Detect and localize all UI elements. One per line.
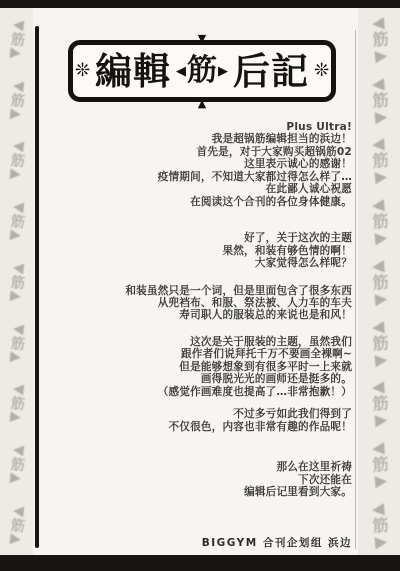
border-stamp-icon: ◀筋▶ <box>369 377 389 429</box>
logo-character: 筋 <box>187 56 217 86</box>
text-line: 好了，关于这次的主题 <box>50 232 352 244</box>
text-line: Plus Ultra! <box>50 121 352 133</box>
page-title-banner: ❊ 編輯 ◀ 筋 ▶ ▼ ▲ 后記 ❊ <box>68 40 336 102</box>
ornament-left-icon: ❊ <box>75 62 90 80</box>
text-line: 和装虽然只是一个词，但是里面包含了很多东西 <box>50 285 352 297</box>
text-line: （感觉作画难度也提高了…非常抱歉！） <box>50 386 352 398</box>
text-line: 那么在这里祈祷 <box>50 461 352 473</box>
title-word-right: 后記 <box>233 53 309 90</box>
arrow-right-icon: ▶ <box>218 65 228 78</box>
border-stamp-icon: ◀筋▶ <box>369 195 389 247</box>
top-black-bar <box>0 0 400 8</box>
border-stamp-icon: ◀筋▶ <box>7 77 25 121</box>
bottom-black-bar <box>0 555 400 571</box>
paragraph: 那么在这里祈祷下次还能在编辑后记里看到大家。 <box>50 461 352 498</box>
circle-logo: ◀ 筋 ▶ ▼ ▲ <box>176 56 228 86</box>
border-stamp-icon: ◀筋▶ <box>369 255 389 307</box>
border-stamp-icon: ◀筋▶ <box>369 134 389 186</box>
text-line: 编辑后记里看到大家。 <box>50 486 352 498</box>
border-stamp-icon: ◀筋▶ <box>7 138 25 182</box>
right-hairline-divider <box>355 30 356 549</box>
text-line: 画得脱光光的画师还是挺多的。 <box>50 373 352 385</box>
text-line: 这次是关于服装的主题，虽然我们 <box>50 336 352 348</box>
border-stamp-icon: ◀筋▶ <box>369 498 389 550</box>
text-line: 在此鄙人诚心祝愿 <box>50 183 352 195</box>
afterword-page: ◀筋▶◀筋▶◀筋▶◀筋▶◀筋▶◀筋▶◀筋▶◀筋▶◀筋▶ ◀筋▶◀筋▶◀筋▶◀筋▶… <box>0 0 400 571</box>
border-stamp-icon: ◀筋▶ <box>369 316 389 368</box>
text-line: 疫情期间，不知道大家都过得怎么样了… <box>50 171 352 183</box>
border-stamp-icon: ◀筋▶ <box>7 16 25 60</box>
paragraph: Plus Ultra!我是超锅筋编辑担当的浜边！首先是，对于大家购买超锅筋02这… <box>50 121 352 208</box>
text-line: 但是能够想象到有很多平时一上来就 <box>50 361 352 373</box>
text-line: 不仅很色，内容也非常有趣的作品呢！ <box>50 421 352 433</box>
text-line: 跟作者们说拜托千万不要画全裸啊~ <box>50 348 352 360</box>
border-stamp-icon: ◀筋▶ <box>7 381 25 425</box>
title-word-left: 編輯 <box>95 53 171 90</box>
ornament-right-icon: ❊ <box>314 62 329 80</box>
text-line: 寿司职人的服装总的来说也是和风！ <box>50 309 352 321</box>
paragraph: 不过多亏如此我们得到了不仅很色，内容也非常有趣的作品呢！ <box>50 408 352 433</box>
text-line: 果然，和装有够色情的啊！ <box>50 245 352 257</box>
arrow-left-icon: ◀ <box>176 65 186 78</box>
text-line: 这里表示诚心的感谢！ <box>50 158 352 170</box>
border-stamp-icon: ◀筋▶ <box>7 259 25 303</box>
border-stamp-icon: ◀筋▶ <box>7 199 25 243</box>
border-stamp-icon: ◀筋▶ <box>369 73 389 125</box>
paragraph: 这次是关于服装的主题，虽然我们跟作者们说拜托千万不要画全裸啊~但是能够想象到有很… <box>50 336 352 398</box>
border-stamp-icon: ◀筋▶ <box>369 12 389 64</box>
text-line: 在阅读这个合刊的各位身体健康。 <box>50 196 352 208</box>
afterword-text: Plus Ultra!我是超锅筋编辑担当的浜边！首先是，对于大家购买超锅筋02这… <box>50 121 352 498</box>
gutter-divider-line <box>35 26 39 548</box>
paragraph: 和装虽然只是一个词，但是里面包含了很多东西从兜裆布、和服、祭法被、人力车的车夫寿… <box>50 285 352 322</box>
right-border-pattern: ◀筋▶◀筋▶◀筋▶◀筋▶◀筋▶◀筋▶◀筋▶◀筋▶◀筋▶ <box>358 8 400 555</box>
credit-line: BIGGYM 合刊企划组 浜边 <box>202 535 352 550</box>
border-stamp-icon: ◀筋▶ <box>7 320 25 364</box>
text-line: 不过多亏如此我们得到了 <box>50 408 352 420</box>
left-border-pattern: ◀筋▶◀筋▶◀筋▶◀筋▶◀筋▶◀筋▶◀筋▶◀筋▶◀筋▶ <box>0 8 33 555</box>
border-stamp-icon: ◀筋▶ <box>7 442 25 486</box>
text-line: 大家觉得怎么样呢？ <box>50 257 352 269</box>
text-line: 从兜裆布、和服、祭法被、人力车的车夫 <box>50 297 352 309</box>
text-line: 下次还能在 <box>50 474 352 486</box>
paragraph: 好了，关于这次的主题果然，和装有够色情的啊！大家觉得怎么样呢？ <box>50 232 352 269</box>
border-stamp-icon: ◀筋▶ <box>7 502 25 546</box>
arrow-down-icon: ▼ <box>198 32 206 45</box>
text-line: 首先是，对于大家购买超锅筋02 <box>50 146 352 158</box>
text-line: 我是超锅筋编辑担当的浜边！ <box>50 133 352 145</box>
arrow-up-icon: ▲ <box>198 97 206 110</box>
border-stamp-icon: ◀筋▶ <box>369 438 389 490</box>
